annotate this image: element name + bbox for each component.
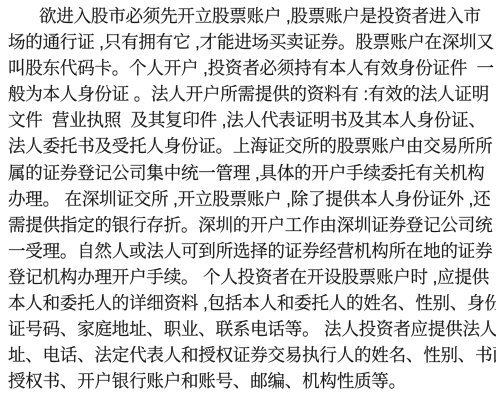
text-line: 叫股东代码卡。个人开户 ,投资者必须持有本人有效身份证件 一 (8, 55, 496, 81)
document-page: 欲进入股市必须先开立股票账户 ,股票账户是投资者进入市 场的通行证 ,只有拥有它… (0, 0, 501, 395)
paragraph: 欲进入股市必须先开立股票账户 ,股票账户是投资者进入市 场的通行证 ,只有拥有它… (0, 0, 501, 394)
text-line: 文件 营业执照 及其复印件 ,法人代表证明书及其本人身份证、 (8, 107, 496, 133)
text-line: 需提供指定的银行存折。深圳的开户工作由深圳证券登记公司统 (8, 212, 496, 238)
text-line: 本人和委托人的详细资料 ,包括本人和委托人的姓名、性别、身份 (8, 290, 496, 316)
text-line: 欲进入股市必须先开立股票账户 ,股票账户是投资者进入市 (8, 3, 496, 29)
text-line: 属的证券登记公司集中统一管理 ,具体的开户手续委托有关机构 (8, 160, 496, 186)
text-line: 场的通行证 ,只有拥有它 ,才能进场买卖证券。股票账户在深圳又 (8, 29, 496, 55)
text-line: 办理。 在深圳证交所 ,开立股票账户 ,除了提供本人身份证外 ,还 (8, 186, 496, 212)
text-line: 一受理。自然人或法人可到所选择的证券经营机构所在地的证券 (8, 238, 496, 264)
text-line: 授权书、开户银行账户和账号、邮编、机构性质等。 (8, 368, 496, 394)
text-line: 般为本人身份证 。法人开户所需提供的资料有 :有效的法人证明 (8, 81, 496, 107)
text-line: 址、电话、法定代表人和授权证券交易执行人的姓名、性别、书面 (8, 342, 496, 368)
text-line: 证号码、家庭地址、职业、联系电话等。 法人投资者应提供法人地 (8, 316, 496, 342)
text-line: 登记机构办理开户手续。 个人投资者在开设股票账户时 ,应提供 (8, 264, 496, 290)
text-line: 法人委托书及受托人身份证。上海证交所的股票账户由交易所所 (8, 133, 496, 159)
